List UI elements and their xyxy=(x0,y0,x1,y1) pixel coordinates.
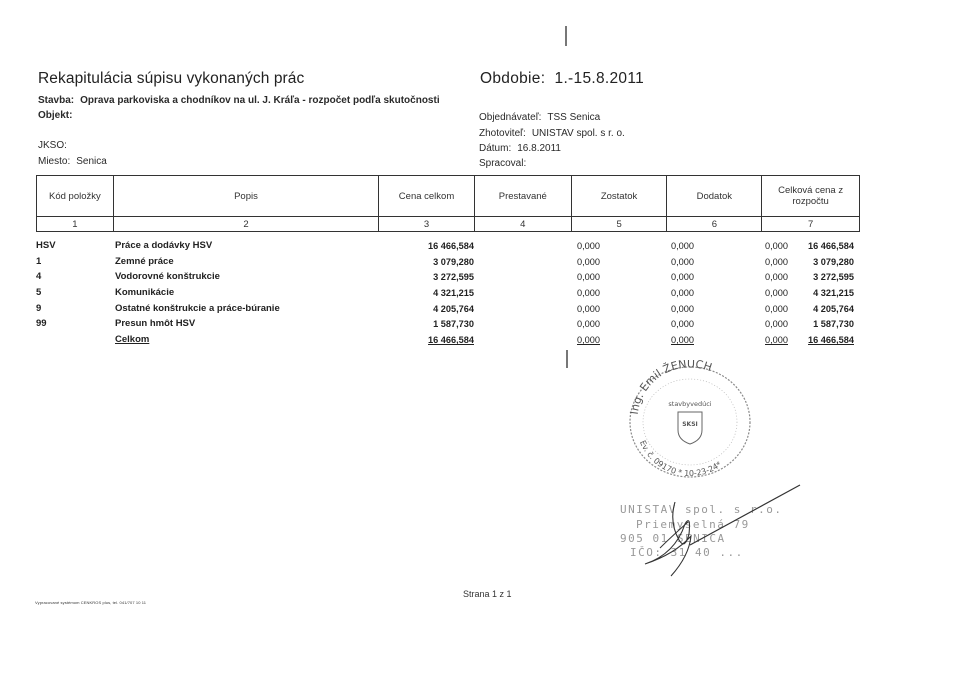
total-label: Celkom xyxy=(115,334,149,345)
row-code: 1 xyxy=(36,256,41,267)
summary-table: Kód položky Popis Cena celkom Prestavané… xyxy=(36,175,860,232)
table-row: 4 Vodorovné konštrukcie 3 272,595 0,000 … xyxy=(36,269,860,285)
row-zostatok: 0,000 xyxy=(671,288,694,298)
row-cena: 4 205,764 xyxy=(433,304,474,314)
table-body: HSV Práce a dodávky HSV 16 466,584 0,000… xyxy=(36,238,860,348)
stamp-role: stavbyvedúci xyxy=(668,400,711,408)
info-objekt: Objekt: xyxy=(38,110,78,121)
col-header-dodatok: Dodatok xyxy=(667,176,762,216)
row-cena: 3 272,595 xyxy=(433,272,474,282)
total-celkova: 16 466,584 xyxy=(808,335,854,345)
row-code: 99 xyxy=(36,318,47,329)
col-number: 6 xyxy=(667,217,762,231)
signature xyxy=(600,470,810,580)
col-header-prestavane: Prestavané xyxy=(475,176,572,216)
total-cena: 16 466,584 xyxy=(428,335,474,345)
row-zostatok: 0,000 xyxy=(671,272,694,282)
col-number: 2 xyxy=(114,217,379,231)
row-desc: Práce a dodávky HSV xyxy=(115,240,212,251)
info-key: Miesto: xyxy=(38,156,70,167)
row-zostatok: 0,000 xyxy=(671,304,694,314)
row-zostatok: 0,000 xyxy=(671,257,694,267)
row-desc: Vodorovné konštrukcie xyxy=(115,271,220,282)
info-zhotovitel: Zhotoviteľ:UNISTAV spol. s r. o. xyxy=(479,128,625,139)
table-header: Kód položky Popis Cena celkom Prestavané… xyxy=(36,175,860,217)
table-row: 1 Zemné práce 3 079,280 0,000 0,000 0,00… xyxy=(36,254,860,270)
table-row: HSV Práce a dodávky HSV 16 466,584 0,000… xyxy=(36,238,860,254)
info-key: JKSO: xyxy=(38,140,67,151)
row-dodatok: 0,000 xyxy=(765,241,788,251)
info-value: UNISTAV spol. s r. o. xyxy=(532,128,625,139)
row-desc: Presun hmôt HSV xyxy=(115,318,195,329)
period: Obdobie: 1.-15.8.2011 xyxy=(480,70,644,88)
scan-mark xyxy=(565,26,567,46)
scan-mark xyxy=(566,350,568,368)
row-prestavane: 0,000 xyxy=(577,304,600,314)
row-celkova: 1 587,730 xyxy=(813,319,854,329)
info-spracoval: Spracoval: xyxy=(479,158,532,169)
row-dodatok: 0,000 xyxy=(765,288,788,298)
info-miesto: Miesto:Senica xyxy=(38,156,107,167)
col-header-popis: Popis xyxy=(114,176,379,216)
row-zostatok: 0,000 xyxy=(671,241,694,251)
table-row-total: Celkom 16 466,584 0,000 0,000 0,000 16 4… xyxy=(36,332,860,348)
info-key: Dátum: xyxy=(479,143,511,154)
row-celkova: 3 079,280 xyxy=(813,257,854,267)
column-number-row: 1 2 3 4 5 6 7 xyxy=(36,217,860,232)
row-dodatok: 0,000 xyxy=(765,319,788,329)
row-celkova: 4 205,764 xyxy=(813,304,854,314)
row-cena: 4 321,215 xyxy=(433,288,474,298)
col-number: 7 xyxy=(762,217,859,231)
row-prestavane: 0,000 xyxy=(577,288,600,298)
info-key: Objednávateľ: xyxy=(479,112,541,123)
col-header-cena: Cena celkom xyxy=(379,176,475,216)
row-cena: 1 587,730 xyxy=(433,319,474,329)
col-header-kod: Kód položky xyxy=(37,176,114,216)
engineer-stamp: Ing. Emil ŽEŇUCH stavbyvedúci SKSI Ev. č… xyxy=(620,360,760,480)
total-dodatok: 0,000 xyxy=(765,335,788,345)
page-number: Strana 1 z 1 xyxy=(463,589,512,599)
info-datum: Dátum:16.8.2011 xyxy=(479,143,561,154)
row-prestavane: 0,000 xyxy=(577,319,600,329)
col-header-zostatok: Zostatok xyxy=(572,176,668,216)
col-number: 1 xyxy=(37,217,114,231)
total-zostatok: 0,000 xyxy=(671,335,694,345)
period-label: Obdobie: xyxy=(480,70,545,87)
table-row: 5 Komunikácie 4 321,215 0,000 0,000 0,00… xyxy=(36,285,860,301)
document-title: Rekapitulácia súpisu vykonaných prác xyxy=(38,70,304,88)
info-value: Oprava parkoviska a chodníkov na ul. J. … xyxy=(80,95,439,106)
row-cena: 16 466,584 xyxy=(428,241,474,251)
info-jkso: JKSO: xyxy=(38,140,73,151)
stamp-badge: SKSI xyxy=(682,421,698,428)
row-desc: Zemné práce xyxy=(115,256,174,267)
info-value: 16.8.2011 xyxy=(517,143,561,154)
table-row: 99 Presun hmôt HSV 1 587,730 0,000 0,000… xyxy=(36,316,860,332)
software-footer: Vypracované systémom CENKROS plus, tel. … xyxy=(35,600,146,605)
row-zostatok: 0,000 xyxy=(671,319,694,329)
row-code: HSV xyxy=(36,240,56,251)
total-prestavane: 0,000 xyxy=(577,335,600,345)
info-key: Zhotoviteľ: xyxy=(479,128,526,139)
row-celkova: 16 466,584 xyxy=(808,241,854,251)
row-dodatok: 0,000 xyxy=(765,257,788,267)
info-stavba: Stavba:Oprava parkoviska a chodníkov na … xyxy=(38,95,440,106)
info-objednavatel: Objednávateľ:TSS Senica xyxy=(479,112,600,123)
row-prestavane: 0,000 xyxy=(577,257,600,267)
row-dodatok: 0,000 xyxy=(765,304,788,314)
row-desc: Komunikácie xyxy=(115,287,174,298)
row-desc: Ostatné konštrukcie a práce-búranie xyxy=(115,303,280,314)
info-key: Spracoval: xyxy=(479,158,526,169)
info-key: Objekt: xyxy=(38,110,72,121)
col-number: 3 xyxy=(379,217,475,231)
table-row: 9 Ostatné konštrukcie a práce-búranie 4 … xyxy=(36,301,860,317)
row-prestavane: 0,000 xyxy=(577,272,600,282)
row-code: 4 xyxy=(36,271,41,282)
row-code: 9 xyxy=(36,303,41,314)
row-dodatok: 0,000 xyxy=(765,272,788,282)
info-value: TSS Senica xyxy=(547,112,600,123)
row-celkova: 3 272,595 xyxy=(813,272,854,282)
row-prestavane: 0,000 xyxy=(577,241,600,251)
col-number: 5 xyxy=(572,217,668,231)
row-celkova: 4 321,215 xyxy=(813,288,854,298)
info-key: Stavba: xyxy=(38,95,74,106)
chamber-emblem-icon xyxy=(678,412,702,444)
col-number: 4 xyxy=(475,217,572,231)
row-cena: 3 079,280 xyxy=(433,257,474,267)
period-value: 1.-15.8.2011 xyxy=(555,70,645,87)
row-code: 5 xyxy=(36,287,41,298)
info-value: Senica xyxy=(76,156,107,167)
col-header-celkova: Celková cena z rozpočtu xyxy=(762,176,859,216)
